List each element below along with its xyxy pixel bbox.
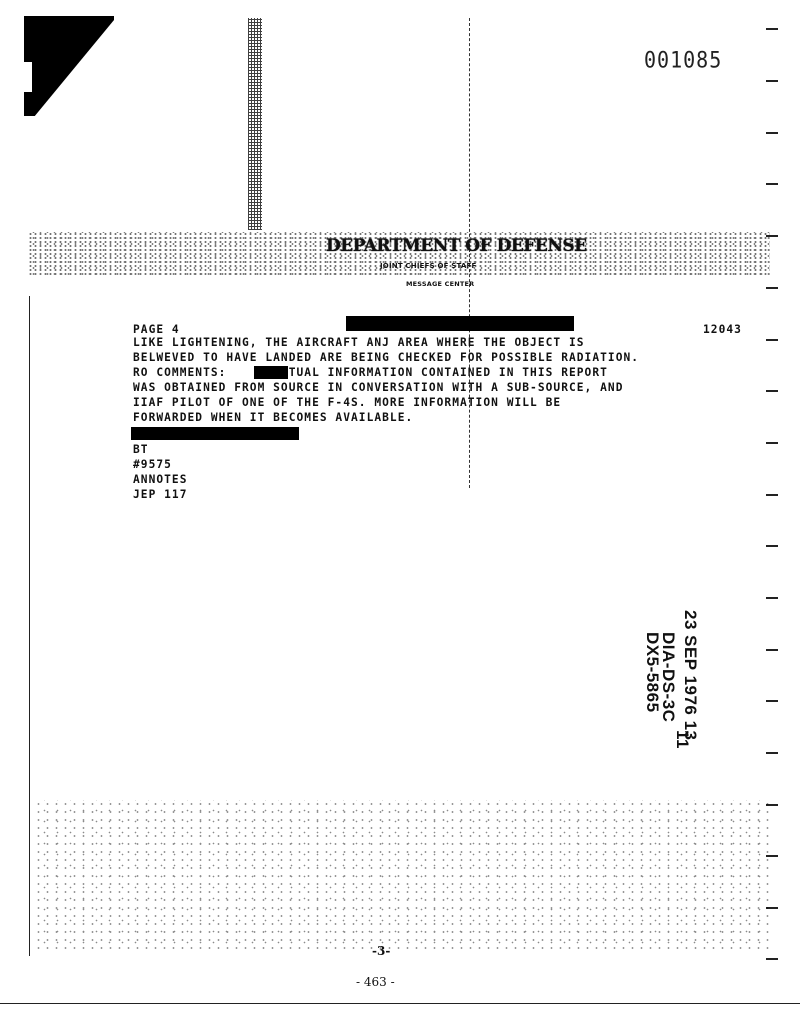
trailer-line: ANNOTES (133, 472, 188, 487)
margin-tick (766, 390, 778, 392)
margin-tick (766, 183, 778, 185)
archive-page-number: - 463 - (356, 975, 395, 989)
margin-tick (766, 597, 778, 599)
scan-corner-shadow (24, 16, 114, 116)
agency-office: MESSAGE CENTER (406, 280, 474, 288)
stamp-mark: 11 (672, 730, 692, 749)
margin-tick (766, 235, 778, 237)
margin-tick (766, 287, 778, 289)
margin-tick (766, 752, 778, 754)
trailer-line: #9575 (133, 457, 172, 472)
bottom-rule (0, 1003, 800, 1004)
left-margin-line (29, 296, 30, 956)
receipt-stamp: 23 SEP 1976 13 DIA-DS-3C DX5-5865 11 (618, 610, 698, 760)
scan-speckle (34, 800, 770, 950)
agency-subtitle: JOINT CHIEFS OF STAFF (380, 262, 477, 270)
trailer-line: BT (133, 442, 149, 457)
body-line: RO COMMENTS: ACTUAL INFORMATION CONTAINE… (133, 365, 608, 380)
margin-tick (766, 442, 778, 444)
scan-corner-notch (24, 62, 32, 92)
body-line: FORWARDED WHEN IT BECOMES AVAILABLE. (133, 410, 413, 425)
margin-tick (766, 958, 778, 960)
body-line: WAS OBTAINED FROM SOURCE IN CONVERSATION… (133, 380, 623, 395)
scan-noise-strip (248, 18, 262, 230)
margin-tick (766, 80, 778, 82)
body-line: IIAF PILOT OF ONE OF THE F-4S. MORE INFO… (133, 395, 561, 410)
margin-tick (766, 545, 778, 547)
margin-tick (766, 649, 778, 651)
page-number: -3- (372, 944, 390, 958)
redaction-bar (254, 366, 288, 379)
margin-tick (766, 494, 778, 496)
stamp-date: 23 SEP 1976 13 (680, 610, 700, 741)
margin-tick (766, 132, 778, 134)
body-line: LIKE LIGHTENING, THE AIRCRAFT ANJ AREA W… (133, 335, 585, 350)
message-serial: 12043 (703, 322, 742, 337)
agency-title: DEPARTMENT OF DEFENSE (326, 236, 556, 256)
scanned-document-page: 001085 DEPARTMENT OF DEFENSE JOINT CHIEF… (0, 0, 800, 1012)
body-line: BELWEVED TO HAVE LANDED ARE BEING CHECKE… (133, 350, 639, 365)
control-number: 001085 (644, 47, 722, 73)
stamp-number: DX5-5865 (642, 632, 662, 713)
margin-tick (766, 28, 778, 30)
margin-tick (766, 339, 778, 341)
margin-tick (766, 700, 778, 702)
redaction-bar (131, 427, 299, 440)
trailer-line: JEP 117 (133, 487, 188, 502)
redaction-bar (346, 316, 574, 331)
